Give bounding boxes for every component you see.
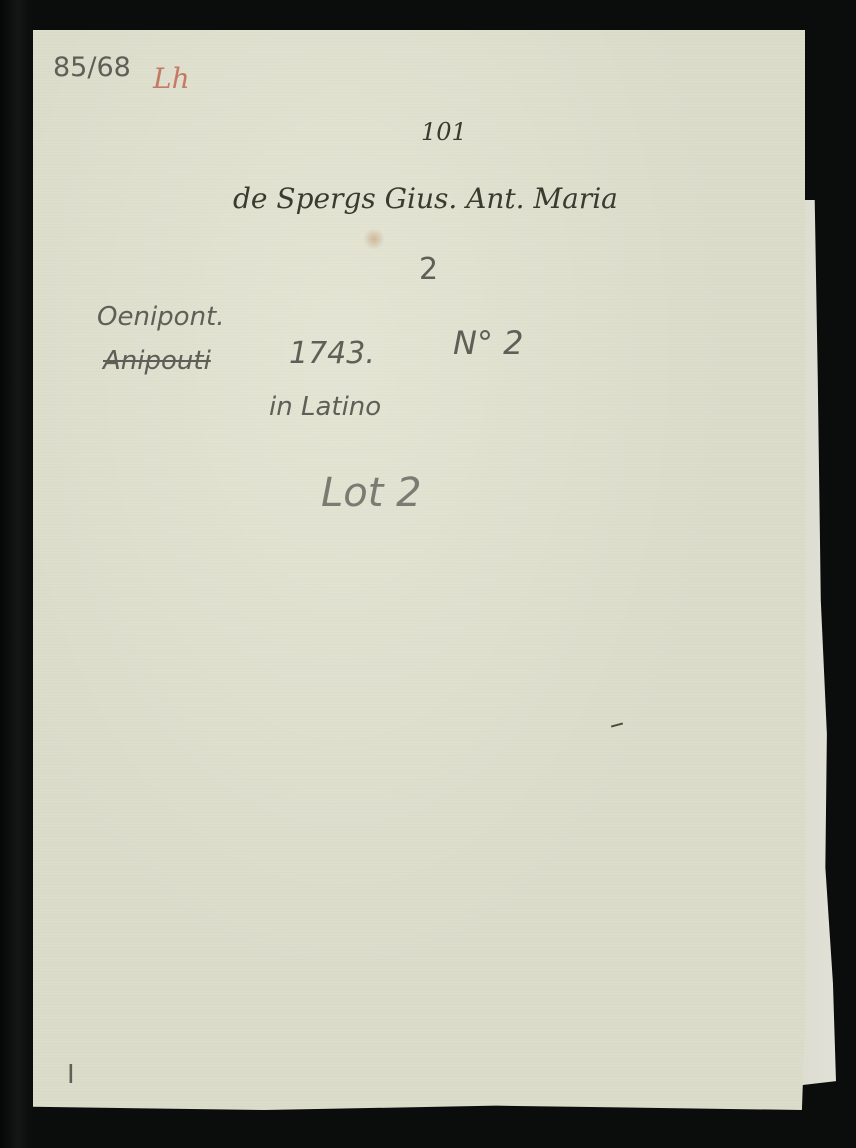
year: 1743. <box>289 336 375 371</box>
place-struck: Anipouti <box>103 346 211 376</box>
red-pencil-mark: Lh <box>153 62 190 95</box>
ink-stain <box>363 228 385 250</box>
document-title: de Spergs Gius. Ant. Maria <box>233 182 618 215</box>
binder-spine <box>0 0 30 1148</box>
language-note: in Latino <box>269 392 381 422</box>
volume-mark: I <box>67 1060 75 1090</box>
lot-label: Lot 2 <box>321 470 422 516</box>
shelf-mark: 85/68 <box>53 52 131 83</box>
pencil-dash <box>611 722 623 727</box>
document-page: 85/68 Lh 101 de Spergs Gius. Ant. Maria … <box>33 30 805 1110</box>
item-number: N° 2 <box>453 324 523 362</box>
number-label: 2 <box>419 252 438 287</box>
place-correction: Oenipont. <box>97 302 225 332</box>
folio-number: 101 <box>421 118 467 146</box>
